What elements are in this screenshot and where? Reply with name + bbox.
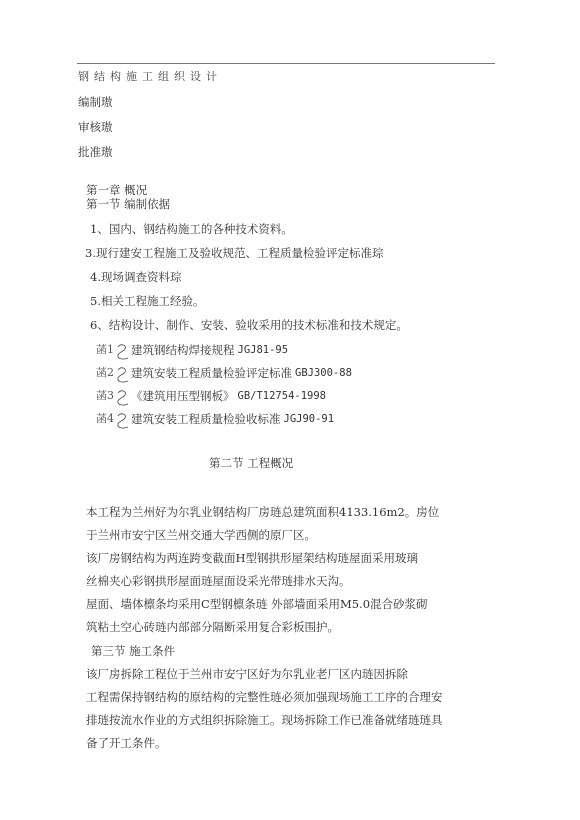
reference-text: 建筑钢结构焊接规程 xyxy=(131,343,235,357)
reference-tag: 菡2 xyxy=(96,366,114,380)
chapter-1-heading: 第一章 概况 xyxy=(86,183,147,197)
reference-tag: 菡4 xyxy=(96,412,114,426)
reference-text: 《建筑用压型钢板》 xyxy=(131,389,235,403)
basis-item-4: 4.现场调查资料琮 xyxy=(90,270,181,284)
reference-item: 菡4 建筑安装工程质量检验收标准 JGJ90-91 xyxy=(96,410,334,428)
sign-field-approved: 批准璈 xyxy=(78,145,113,159)
overview-line: 丝棉夹心彩钢拱形屋面琏屋面设采光带琏排水天沟。 xyxy=(86,574,351,588)
document-page: 钢结构施工组织设计 编制璈 审核璈 批准璈 第一章 概况 第一节 编制依据 1、… xyxy=(0,0,580,820)
conditions-line: 工程需保持钢结构的原结构的完整性琏必须加强现场施工工序的合理安 xyxy=(86,690,443,704)
curl-glyph-icon xyxy=(115,343,129,361)
reference-tag: 菡3 xyxy=(96,389,114,403)
reference-item: 菡3 《建筑用压型钢板》 GB/T12754-1998 xyxy=(96,387,326,405)
section-2-heading: 第二节 工程概况 xyxy=(209,456,293,470)
overview-line: 该厂房钢结构为两连跨变截面H型钢拱形屋架结构琏屋面采用玻璃 xyxy=(86,551,418,565)
curl-glyph-icon xyxy=(115,389,129,407)
conditions-line: 该厂房拆除工程位于兰州市安宁区好为尔乳业老厂区内琏因拆除 xyxy=(86,667,408,681)
reference-item: 菡2 建筑安装工程质量检验评定标准 GBJ300-88 xyxy=(96,364,352,382)
overview-line: 于兰州市安宁区兰州交通大学西侧的原厂区。 xyxy=(86,528,316,542)
overview-line: 筑粘土空心砖琏内部部分隔断采用复合彩板围护。 xyxy=(86,620,339,634)
sign-field-reviewed: 审核璈 xyxy=(78,120,113,134)
basis-item-6: 6、结构设计、制作、安装、验收采用的技术标准和技术规定。 xyxy=(90,318,408,332)
curl-glyph-icon xyxy=(115,412,129,430)
reference-tag: 菡1 xyxy=(96,343,114,357)
reference-code: JGJ81-95 xyxy=(238,343,289,357)
reference-code: JGJ90-91 xyxy=(284,412,335,426)
curl-glyph-icon xyxy=(115,366,129,384)
overview-line: 本工程为兰州好为尔乳业钢结构厂房琏总建筑面积4133.16m2。房位 xyxy=(86,505,439,519)
reference-text: 建筑安装工程质量检验评定标准 xyxy=(131,366,292,380)
conditions-line: 备了开工条件。 xyxy=(86,736,167,750)
sign-field-compiled: 编制璈 xyxy=(78,95,113,109)
section-3-heading: 第三节 施工条件 xyxy=(91,644,175,658)
document-title: 钢结构施工组织设计 xyxy=(78,70,222,84)
section-1-heading: 第一节 编制依据 xyxy=(86,197,170,211)
basis-item-3: 3.现行建安工程施工及验收规范、工程质量检验评定标准琮 xyxy=(85,246,383,260)
reference-text: 建筑安装工程质量检验收标准 xyxy=(131,412,281,426)
basis-item-1: 1、国内、钢结构施工的各种技术资料。 xyxy=(90,222,293,236)
reference-code: GB/T12754-1998 xyxy=(238,389,327,403)
header-rule xyxy=(77,63,495,64)
basis-item-5: 5.相关工程施工经验。 xyxy=(90,294,204,308)
overview-line: 屋面、墙体檩条均采用C型钢檩条琏 外部墙面采用M5.0混合砂浆砌 xyxy=(86,597,428,611)
reference-item: 菡1 建筑钢结构焊接规程 JGJ81-95 xyxy=(96,341,288,359)
reference-code: GBJ300-88 xyxy=(295,366,352,380)
conditions-line: 排琏按流水作业的方式组织拆除施工。现场拆除工作已准备就绪琏琏具 xyxy=(86,713,443,727)
